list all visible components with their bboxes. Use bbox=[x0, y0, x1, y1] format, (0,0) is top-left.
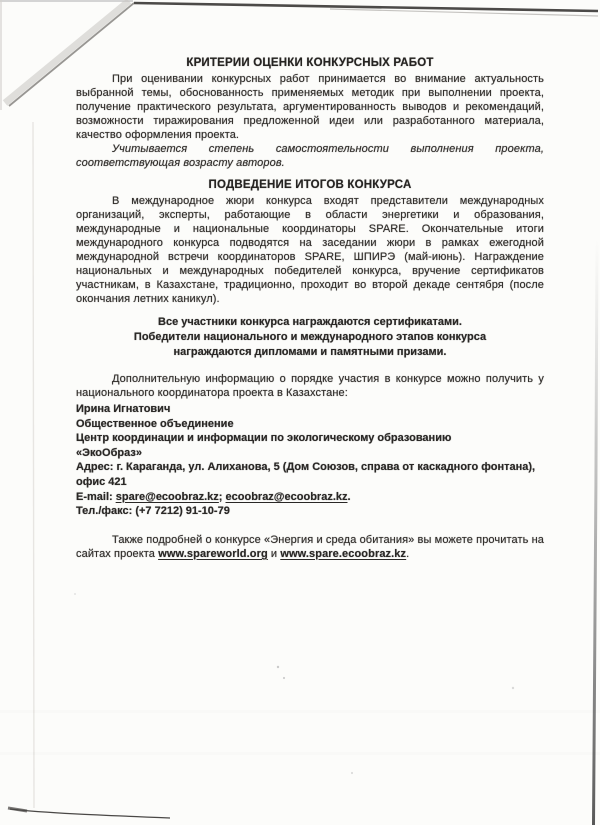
contact-address-line: Адрес: г. Караганда, ул. Алиханова, 5 (Д… bbox=[76, 460, 544, 489]
page-top-edge-echo bbox=[330, 9, 598, 16]
contact-org-type: Общественное объединение bbox=[76, 417, 544, 432]
email-line-end: . bbox=[348, 491, 351, 503]
footer-text-mid: и bbox=[268, 548, 281, 560]
site-link-spareworld[interactable]: www.spareworld.org bbox=[158, 548, 268, 560]
address-label: Адрес: bbox=[76, 461, 113, 473]
email-link-2[interactable]: ecoobraz@ecoobraz.kz bbox=[226, 491, 348, 503]
email-link-1[interactable]: spare@ecoobraz.kz bbox=[116, 491, 219, 503]
phone-label: Тел./факс: bbox=[76, 505, 132, 517]
footer-paragraph: Также подробней о конкурсе «Энергия и ср… bbox=[76, 533, 544, 561]
contact-block: Ирина Игнатович Общественное объединение… bbox=[76, 402, 544, 519]
contact-org-brand: «ЭкоОбраз» bbox=[76, 446, 544, 461]
speckle-dot bbox=[512, 687, 514, 689]
scanner-streak bbox=[0, 752, 600, 755]
speckle-dot bbox=[351, 772, 353, 774]
awards-note: Все участники конкурса награждаются серт… bbox=[76, 315, 544, 360]
left-crease-line bbox=[33, 122, 34, 808]
speckle-dot bbox=[277, 666, 279, 668]
awards-winners-line-1: Победители национального и международног… bbox=[76, 330, 544, 345]
page-right-edge-shadow bbox=[594, 238, 598, 825]
bottom-line-start-blob bbox=[8, 808, 27, 811]
contact-phone-line: Тел./факс: (+7 7212) 91-10-79 bbox=[76, 504, 544, 519]
email-separator: ; bbox=[219, 491, 226, 503]
speckle-dot bbox=[283, 677, 285, 679]
results-paragraph: В международное жюри конкурса входят пре… bbox=[76, 194, 544, 306]
speckle-dot bbox=[74, 593, 76, 595]
contact-name: Ирина Игнатович bbox=[76, 402, 544, 417]
bottom-scan-line bbox=[10, 809, 170, 818]
address-value: г. Караганда, ул. Алиханова, 5 (Дом Союз… bbox=[76, 461, 535, 488]
site-link-ecoobraz[interactable]: www.spare.ecoobraz.kz bbox=[280, 548, 406, 560]
contact-email-line: E-mail: spare@ecoobraz.kz; ecoobraz@ecoo… bbox=[76, 490, 544, 505]
email-label: E-mail: bbox=[76, 491, 116, 503]
awards-certificates-line: Все участники конкурса награждаются серт… bbox=[76, 315, 544, 330]
page-top-edge-line bbox=[134, 3, 598, 11]
awards-winners-line-2: награждаются дипломами и памятными приза… bbox=[76, 345, 544, 360]
phone-value: (+7 7212) 91-10-79 bbox=[132, 505, 230, 517]
scanner-streak bbox=[0, 710, 600, 713]
contact-org-name: Центр координации и информации по эколог… bbox=[76, 431, 544, 446]
criteria-paragraph: При оценивании конкурсных работ принимае… bbox=[76, 72, 544, 142]
section-title-criteria: КРИТЕРИИ ОЦЕНКИ КОНКУРСНЫХ РАБОТ bbox=[76, 57, 544, 69]
section-title-results: ПОДВЕДЕНИЕ ИТОГОВ КОНКУРСА bbox=[76, 179, 544, 191]
footer-text-end: . bbox=[406, 548, 409, 560]
scanned-document-page: КРИТЕРИИ ОЦЕНКИ КОНКУРСНЫХ РАБОТ При оце… bbox=[0, 0, 600, 825]
document-content: КРИТЕРИИ ОЦЕНКИ КОНКУРСНЫХ РАБОТ При оце… bbox=[76, 57, 544, 561]
independence-note: Учитывается степень самостоятельности вы… bbox=[76, 142, 544, 170]
additional-info-paragraph: Дополнительную информацию о порядке учас… bbox=[76, 372, 544, 400]
